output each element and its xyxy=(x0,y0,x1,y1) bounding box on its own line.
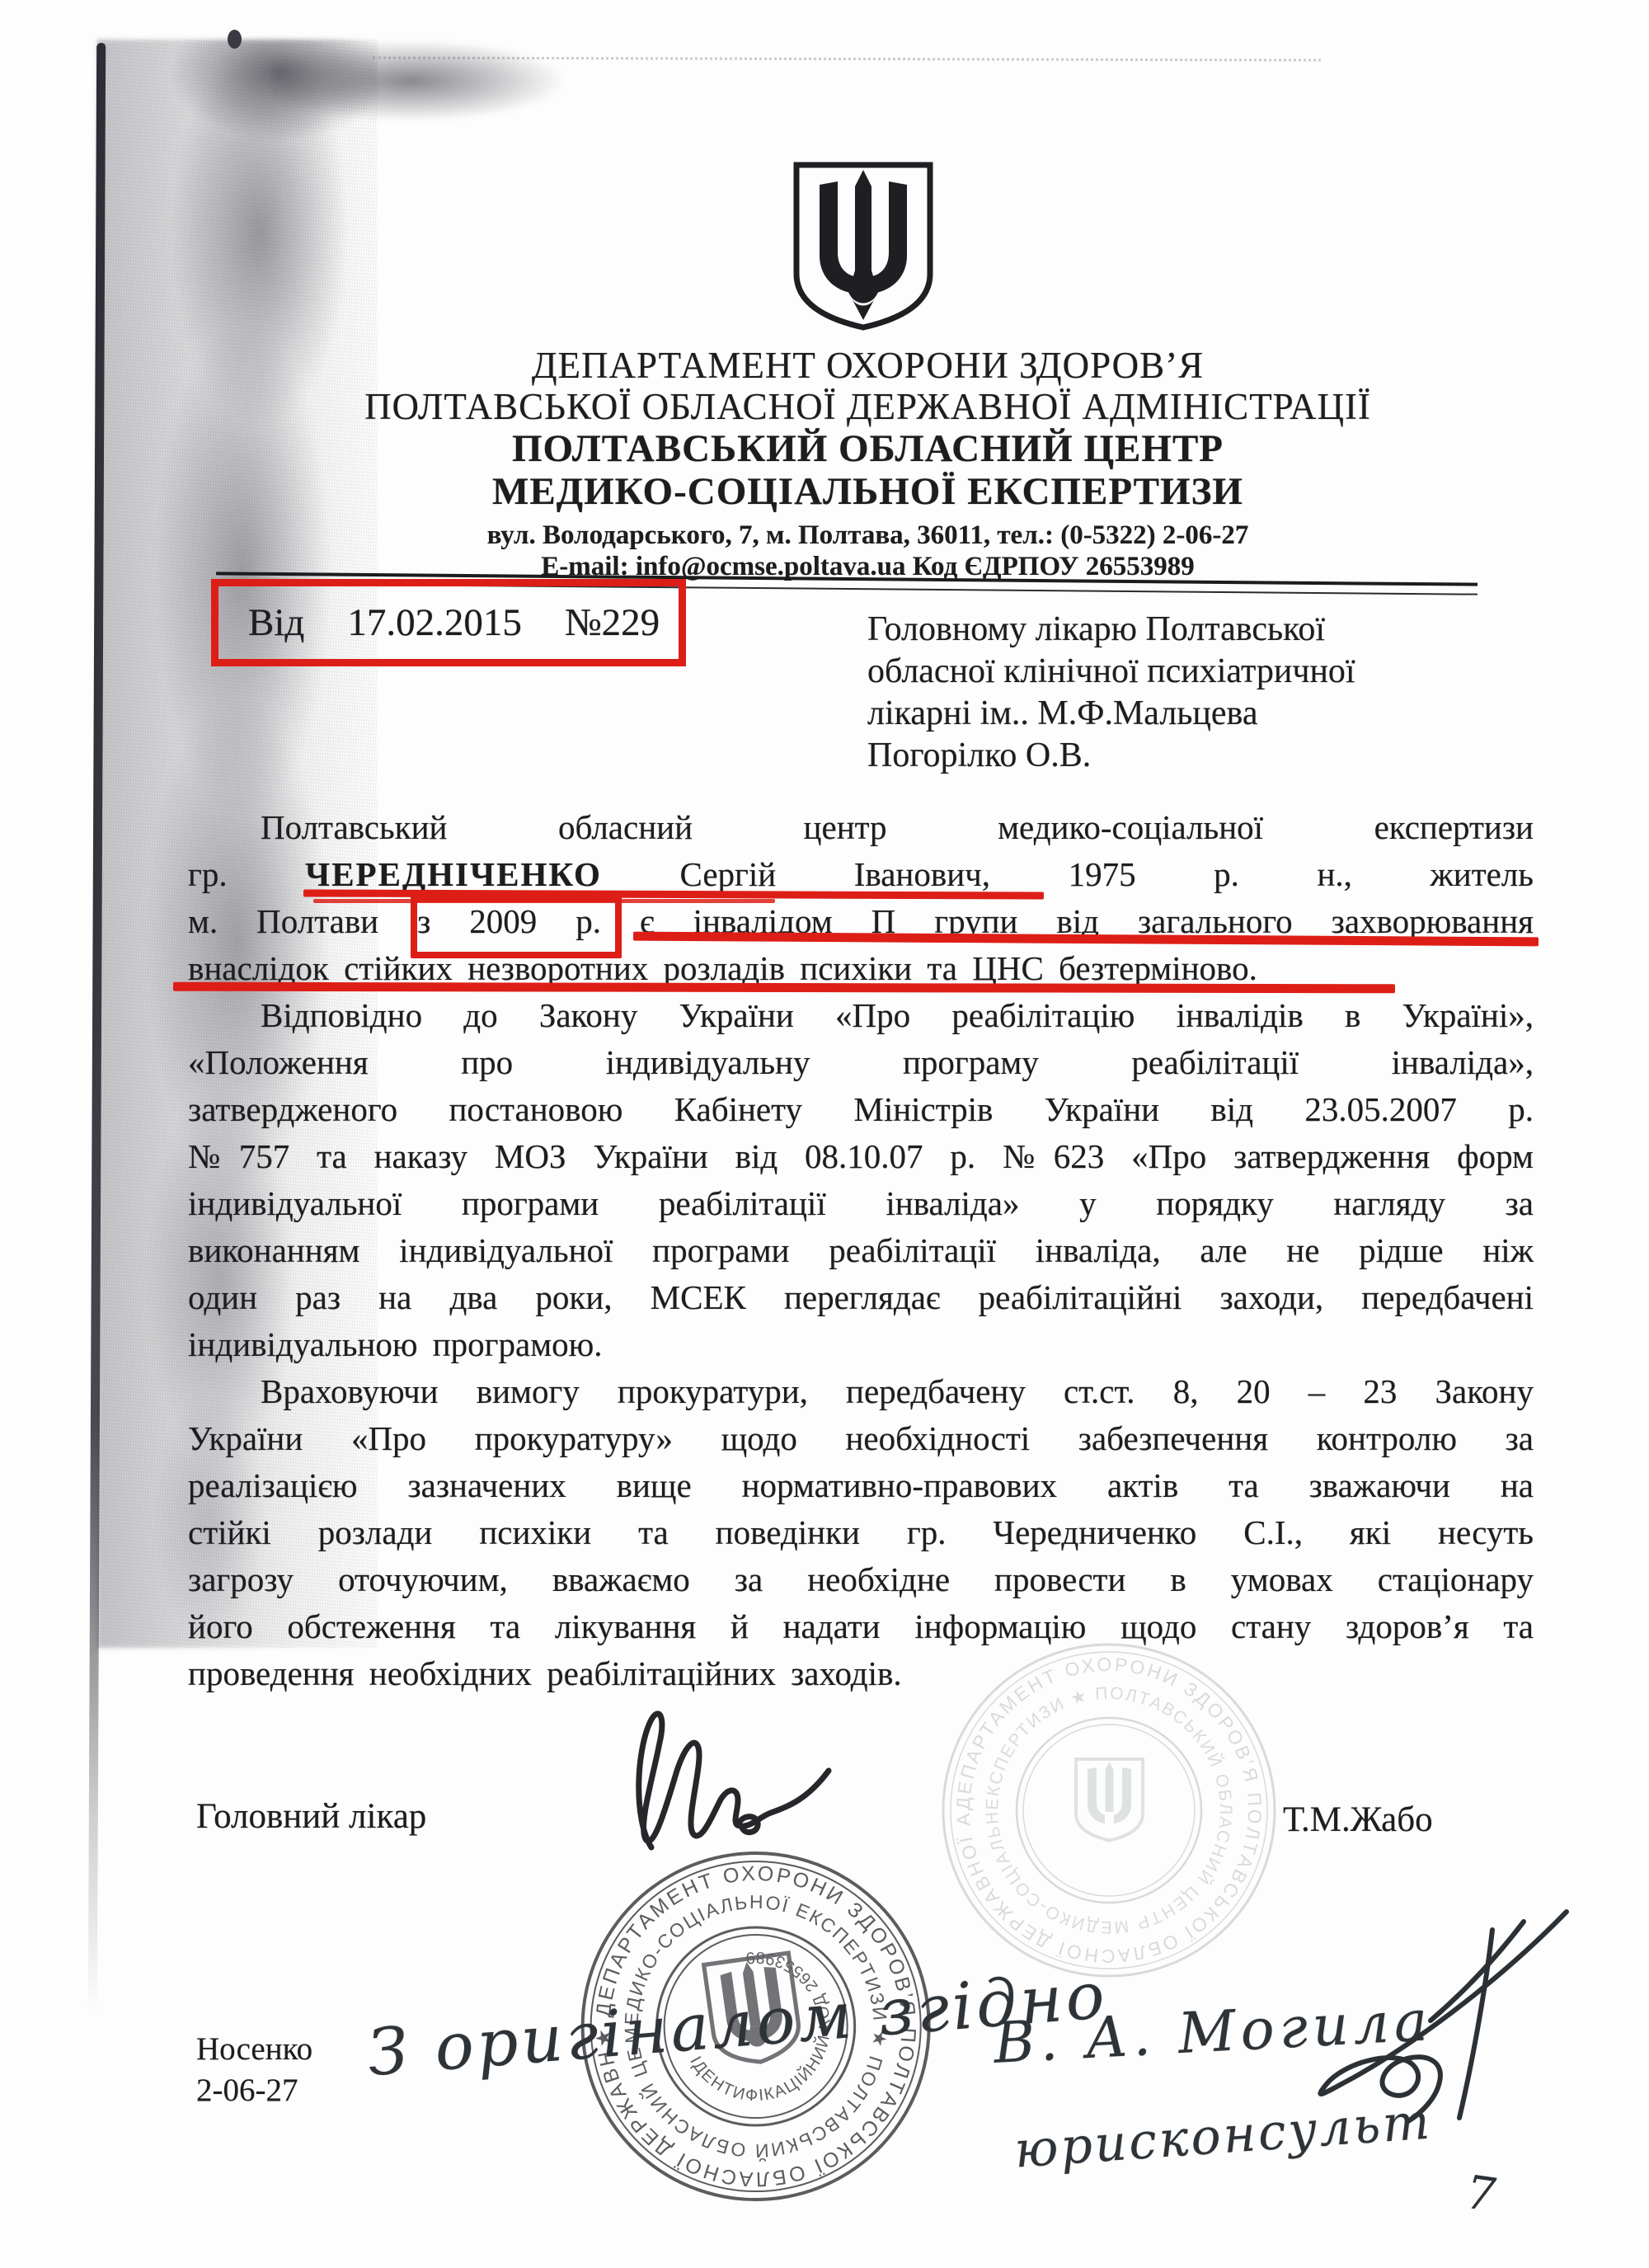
body-line: його обстеження та лікування й надати ін… xyxy=(188,1603,1534,1650)
addressee-line: лікарні ім.. М.Ф.Мальцева xyxy=(867,693,1461,735)
executor-name: Носенко xyxy=(196,2029,312,2070)
body-line: індивідуальною програмою. xyxy=(188,1321,1534,1368)
addressee-line: Погорілко О.В. xyxy=(867,735,1461,777)
body-line: індивідуальної програми реабілітації інв… xyxy=(188,1180,1534,1227)
reference-date: 17.02.2015 xyxy=(347,600,522,645)
citizen-prefix: гр. xyxy=(188,855,305,893)
subject-surname: ЧЕРЕДНІЧЕНКО xyxy=(305,855,602,893)
org-name-line-2: ПОЛТАВСЬКОЇ ОБЛАСНОЇ ДЕРЖАВНОЇ АДМІНІСТР… xyxy=(231,386,1505,427)
body-line: Відповідно до Закону України «Про реабіл… xyxy=(188,992,1534,1039)
certifier-signature-icon xyxy=(1220,1897,1583,2173)
executor-phone: 2-06-27 xyxy=(196,2070,312,2111)
executor-block: Носенко 2-06-27 xyxy=(196,2029,312,2111)
org-name-line-1: ДЕПАРТАМЕНТ ОХОРОНИ ЗДОРОВ’Я xyxy=(231,345,1505,386)
addressee-line: Головному лікарю Полтавської xyxy=(867,609,1461,651)
org-name-line-4: МЕДИКО-СОЦІАЛЬНОЇ ЕКСПЕРТИЗИ xyxy=(231,470,1505,513)
addressee-block: Головному лікарю Полтавської обласної кл… xyxy=(867,609,1461,777)
red-highlight-box-year xyxy=(411,896,622,958)
letterhead: ДЕПАРТАМЕНТ ОХОРОНИ ЗДОРОВ’Я ПОЛТАВСЬКОЇ… xyxy=(231,345,1505,582)
scanned-letter-page: ДЕПАРТАМЕНТ ОХОРОНИ ЗДОРОВ’Я ПОЛТАВСЬКОЇ… xyxy=(0,0,1649,2268)
chief-doctor-title: Головний лікар xyxy=(196,1796,426,1837)
subject-name-rest: Сергій Іванович, 1975 р. н., житель xyxy=(602,855,1534,893)
org-address-line: вул. Володарського, 7, м. Полтава, 36011… xyxy=(231,520,1505,551)
body-line: Враховуючи вимогу прокуратури, передбаче… xyxy=(188,1368,1534,1415)
body-line: реалізацією зазначених вище нормативно-п… xyxy=(188,1462,1534,1509)
reference-number: №229 xyxy=(565,600,660,645)
ukraine-trident-icon xyxy=(785,157,942,338)
body-line: проведення необхідних реабілітаційних за… xyxy=(188,1650,1534,1697)
addressee-line: обласної клінічної психіатричної xyxy=(867,651,1461,693)
reference-red-box: Від 17.02.2015 №229 xyxy=(211,579,686,666)
body-line: «Положення про індивідуальну програму ре… xyxy=(188,1039,1534,1086)
body-line: №757 та наказу МОЗ України від 08.10.07 … xyxy=(188,1133,1534,1180)
body-line: загрозу оточуючим, вважаємо за необхідне… xyxy=(188,1556,1534,1603)
body-line: виконанням індивідуальної програми реабі… xyxy=(188,1227,1534,1274)
body-line: один раз на два роки, МСЕК переглядає ре… xyxy=(188,1274,1534,1321)
chief-doctor-name: Т.М.Жабо xyxy=(1283,1800,1433,1840)
body-line: України «Про прокуратуру» щодо необхідно… xyxy=(188,1415,1534,1462)
body-line: затвердженого постановою Кабінету Мініст… xyxy=(188,1086,1534,1133)
page-number-mark: 7 xyxy=(1459,2166,1502,2222)
reference-label: Від xyxy=(248,600,304,645)
body-line: стійкі розлади психіки та поведінки гр. … xyxy=(188,1509,1534,1556)
body-line: Полтавський обласний центр медико-соціал… xyxy=(188,804,1534,851)
scan-ink-dot xyxy=(228,30,242,49)
org-name-line-3: ПОЛТАВСЬКИЙ ОБЛАСНИЙ ЦЕНТР xyxy=(231,427,1505,470)
